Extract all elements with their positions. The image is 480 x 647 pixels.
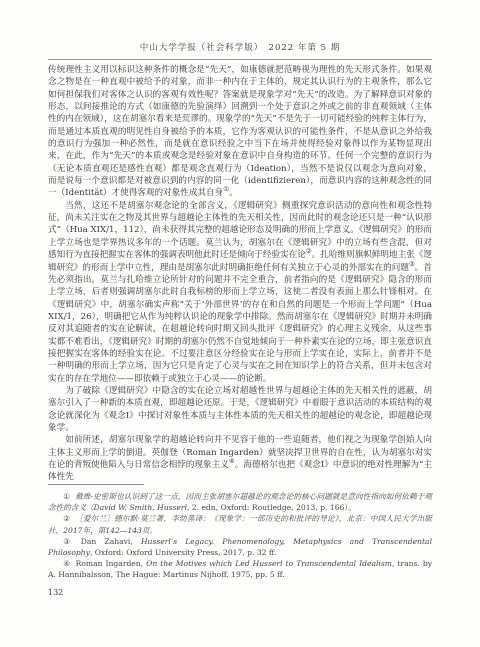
footnote-marker: ② (63, 514, 70, 523)
page-number: 132 (48, 588, 63, 597)
footnote-text: ［爱尔兰］德尔默·莫兰著，李幼蒸译：《现象学：一部历史的和批评的导论》，北京：中… (48, 514, 432, 534)
footnote-ref: ① (223, 186, 229, 194)
footnote-separator (48, 484, 144, 485)
journal-page: 中山大学学报（社会科学版） 2022 年第 5 期 传统理性主义用以标识这种条件… (0, 0, 480, 647)
body-paragraph: 传统理性主义用以标识这种条件的概念是“先天”，如康德就把范畴视为理性的先天形式条… (48, 64, 432, 200)
footnote-marker: ④ (63, 559, 70, 568)
body-paragraph: 当然，这还不是胡塞尔观念论的全部含义，《逻辑研究》侧重探究意识活动的意向性和观念… (48, 200, 432, 385)
footnote-text: Dan Zahavi, (81, 537, 141, 546)
footnote-text: , Oxford: Oxford University Press, 2017,… (90, 548, 277, 557)
footnote-item: ④Roman Ingarden, On the Motives which Le… (48, 558, 432, 580)
body-paragraph: 如前所述，胡塞尔现象学的超越论转向并不见容于他的一些追随者，他们视之为现象学创始… (48, 434, 432, 483)
footnote-item: ③Dan Zahavi, Husserl’s Legacy. Phenomeno… (48, 536, 432, 558)
footnote-ref: ③ (409, 260, 415, 268)
journal-header: 中山大学学报（社会科学版） 2022 年第 5 期 (48, 41, 432, 53)
footnote-text: Roman Ingarden, (76, 559, 147, 568)
footnote-item: ②［爱尔兰］德尔默·莫兰著，李幼蒸译：《现象学：一部历史的和批评的导论》，北京：… (48, 513, 432, 535)
footnote-list: ①戴维·史密斯也认识到了这一点，因而主张胡塞尔超越论的观念论的核心问题就是意向性… (48, 491, 432, 581)
footnote-text: , 2. edn, Oxford: Routledge, 2013, p. 16… (187, 503, 356, 512)
footnotes-section: ①戴维·史密斯也认识到了这一点，因而主张胡塞尔超越论的观念论的核心问题就是意向性… (48, 484, 432, 581)
header-rule (48, 59, 432, 60)
body-paragraph: 为了破除《逻辑研究》中隐含的实在论立场对超越性世界与超越论主体的先天相关性的遮蔽… (48, 385, 432, 434)
footnote-text: On the Motives which Led Husserl to Tran… (146, 559, 392, 568)
footnote-text: Husserl (157, 503, 187, 512)
footnote-marker: ① (63, 492, 70, 501)
footnote-ref: ② (306, 247, 312, 255)
footnote-item: ①戴维·史密斯也认识到了这一点，因而主张胡塞尔超越论的观念论的核心问题就是意向性… (48, 491, 432, 513)
body-paragraphs: 传统理性主义用以标识这种条件的概念是“先天”，如康德就把范畴视为理性的先天形式条… (48, 64, 432, 484)
footnote-marker: ③ (63, 537, 76, 546)
footnote-ref: ④ (229, 457, 235, 465)
